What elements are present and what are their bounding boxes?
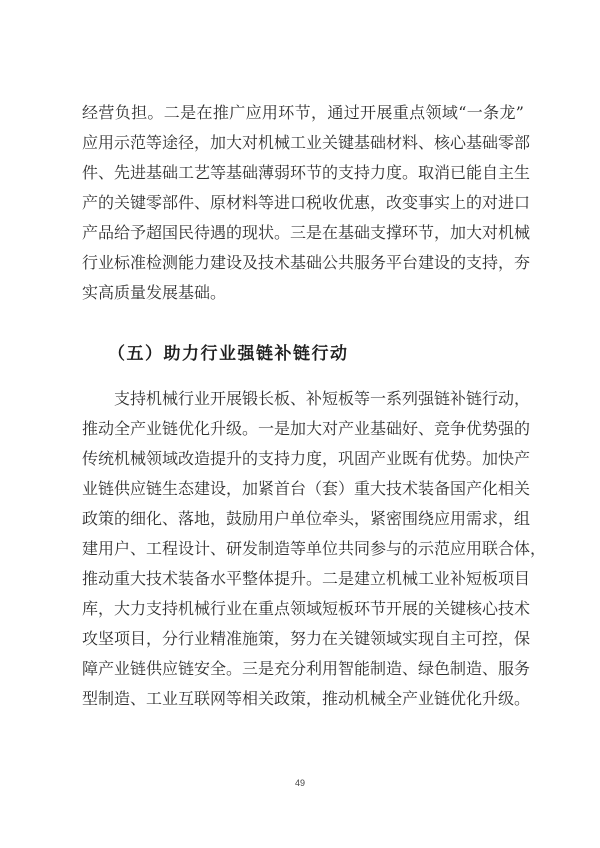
text-line: 实高质量发展基础。 bbox=[82, 283, 524, 303]
text-line: 应用示范等途径，加大对机械工业关键基础材料、核心基础零部 bbox=[82, 133, 524, 153]
text-line: 推动全产业链优化升级。一是加大对产业基础好、竞争优势强的 bbox=[82, 419, 524, 439]
document-page: 经营负担。二是在推广应用环节，通过开展重点领域“一条龙” 应用示范等途径，加大对… bbox=[0, 0, 600, 848]
text-line: 障产业链供应链安全。三是充分利用智能制造、绿色制造、服务 bbox=[82, 659, 524, 679]
text-line: 件、先进基础工艺等基础薄弱环节的支持力度。取消已能自主生 bbox=[82, 163, 524, 183]
text-line: 攻坚项目，分行业精准施策，努力在关键领域实现自主可控，保 bbox=[82, 629, 524, 649]
text-line: 建用户、工程设计、研发制造等单位共同参与的示范应用联合体， bbox=[82, 539, 524, 559]
text-line: 型制造、工业互联网等相关政策，推动机械全产业链优化升级。 bbox=[82, 689, 524, 709]
text-line: 传统机械领域改造提升的支持力度，巩固产业既有优势。加快产 bbox=[82, 449, 524, 469]
text-line: 推动重大技术装备水平整体提升。二是建立机械工业补短板项目 bbox=[82, 569, 524, 589]
section-heading: （五）助力行业强链补链行动 bbox=[108, 343, 349, 365]
text-line: 经营负担。二是在推广应用环节，通过开展重点领域“一条龙” bbox=[82, 103, 524, 123]
text-line: 产品给予超国民待遇的现状。三是在基础支撑环节，加大对机械 bbox=[82, 223, 524, 243]
text-line: 政策的细化、落地，鼓励用户单位牵头，紧密围绕应用需求，组 bbox=[82, 509, 524, 529]
text-line: 业链供应链生态建设，加紧首台（套）重大技术装备国产化相关 bbox=[82, 479, 524, 499]
text-line: 行业标准检测能力建设及技术基础公共服务平台建设的支持，夯 bbox=[82, 253, 524, 273]
page-number: 49 bbox=[0, 778, 600, 788]
text-line: 产的关键零部件、原材料等进口税收优惠，改变事实上的对进口 bbox=[82, 193, 524, 213]
text-line: 支持机械行业开展锻长板、补短板等一系列强链补链行动， bbox=[114, 389, 524, 409]
text-line: 库，大力支持机械行业在重点领域短板环节开展的关键核心技术 bbox=[82, 599, 524, 619]
